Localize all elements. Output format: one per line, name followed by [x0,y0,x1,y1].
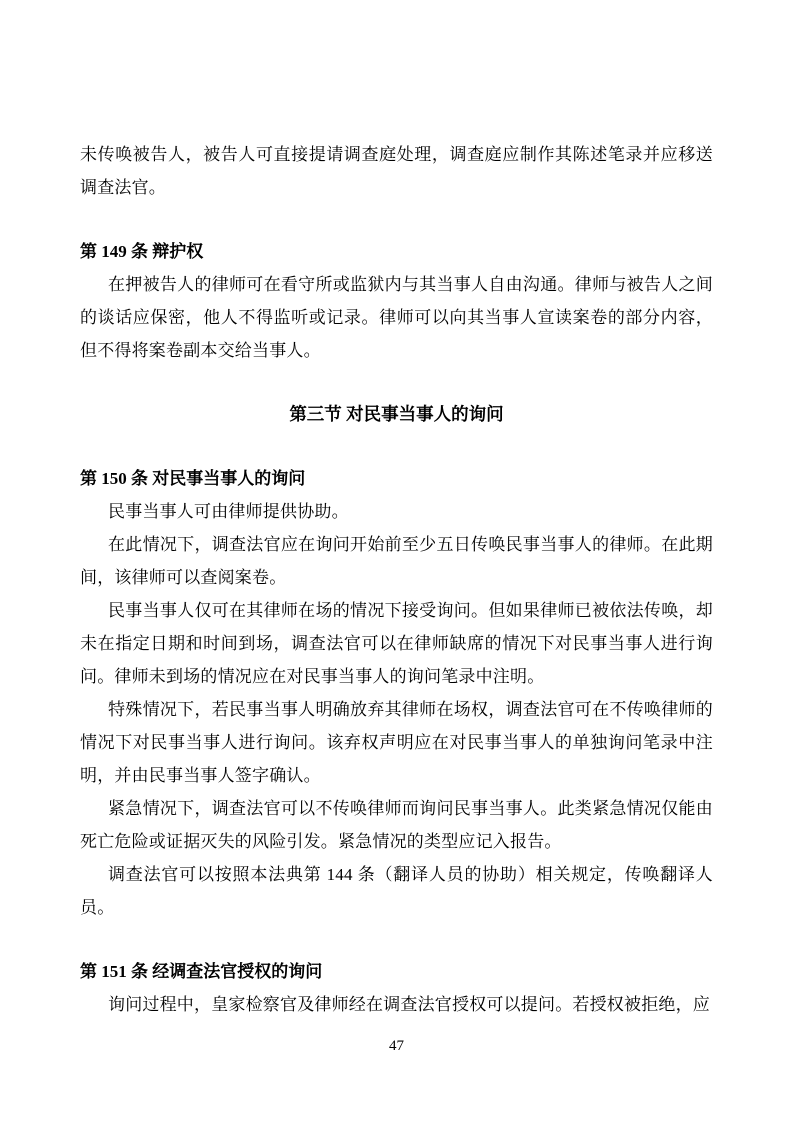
article-149-heading: 第 149 条 辩护权 [80,235,713,268]
document-page: 未传唤被告人，被告人可直接提请调查庭处理，调查庭应制作其陈述笔录并应移送调查法官… [0,0,793,1122]
article-150-paragraph-6: 调查法官可以按照本法典第 144 条（翻译人员的协助）相关规定，传唤翻译人员。 [80,858,713,924]
article-150-paragraph-4: 特殊情况下，若民事当事人明确放弃其律师在场权，调查法官可在不传唤律师的情况下对民… [80,693,713,792]
article-150-heading: 第 150 条 对民事当事人的询问 [80,462,713,495]
article-150-paragraph-5: 紧急情况下，调查法官可以不传唤律师而询问民事当事人。此类紧急情况仅能由死亡危险或… [80,792,713,858]
article-150-paragraph-1: 民事当事人可由律师提供协助。 [80,495,713,528]
page-number: 47 [0,1036,793,1056]
article-151-heading: 第 151 条 经调查法官授权的询问 [80,955,713,988]
intro-continuation-paragraph: 未传唤被告人，被告人可直接提请调查庭处理，调查庭应制作其陈述笔录并应移送调查法官… [80,138,713,204]
article-149-paragraph: 在押被告人的律师可在看守所或监狱内与其当事人自由沟通。律师与被告人之间的谈话应保… [80,268,713,367]
section-3-heading: 第三节 对民事当事人的询问 [80,398,713,431]
article-151-paragraph: 询问过程中，皇家检察官及律师经在调查法官授权可以提问。若授权被拒绝，应 [80,988,713,1021]
article-150-paragraph-3: 民事当事人仅可在其律师在场的情况下接受询问。但如果律师已被依法传唤，却未在指定日… [80,594,713,693]
article-150-paragraph-2: 在此情况下，调查法官应在询问开始前至少五日传唤民事当事人的律师。在此期间，该律师… [80,528,713,594]
document-content: 未传唤被告人，被告人可直接提请调查庭处理，调查庭应制作其陈述笔录并应移送调查法官… [80,138,713,1021]
